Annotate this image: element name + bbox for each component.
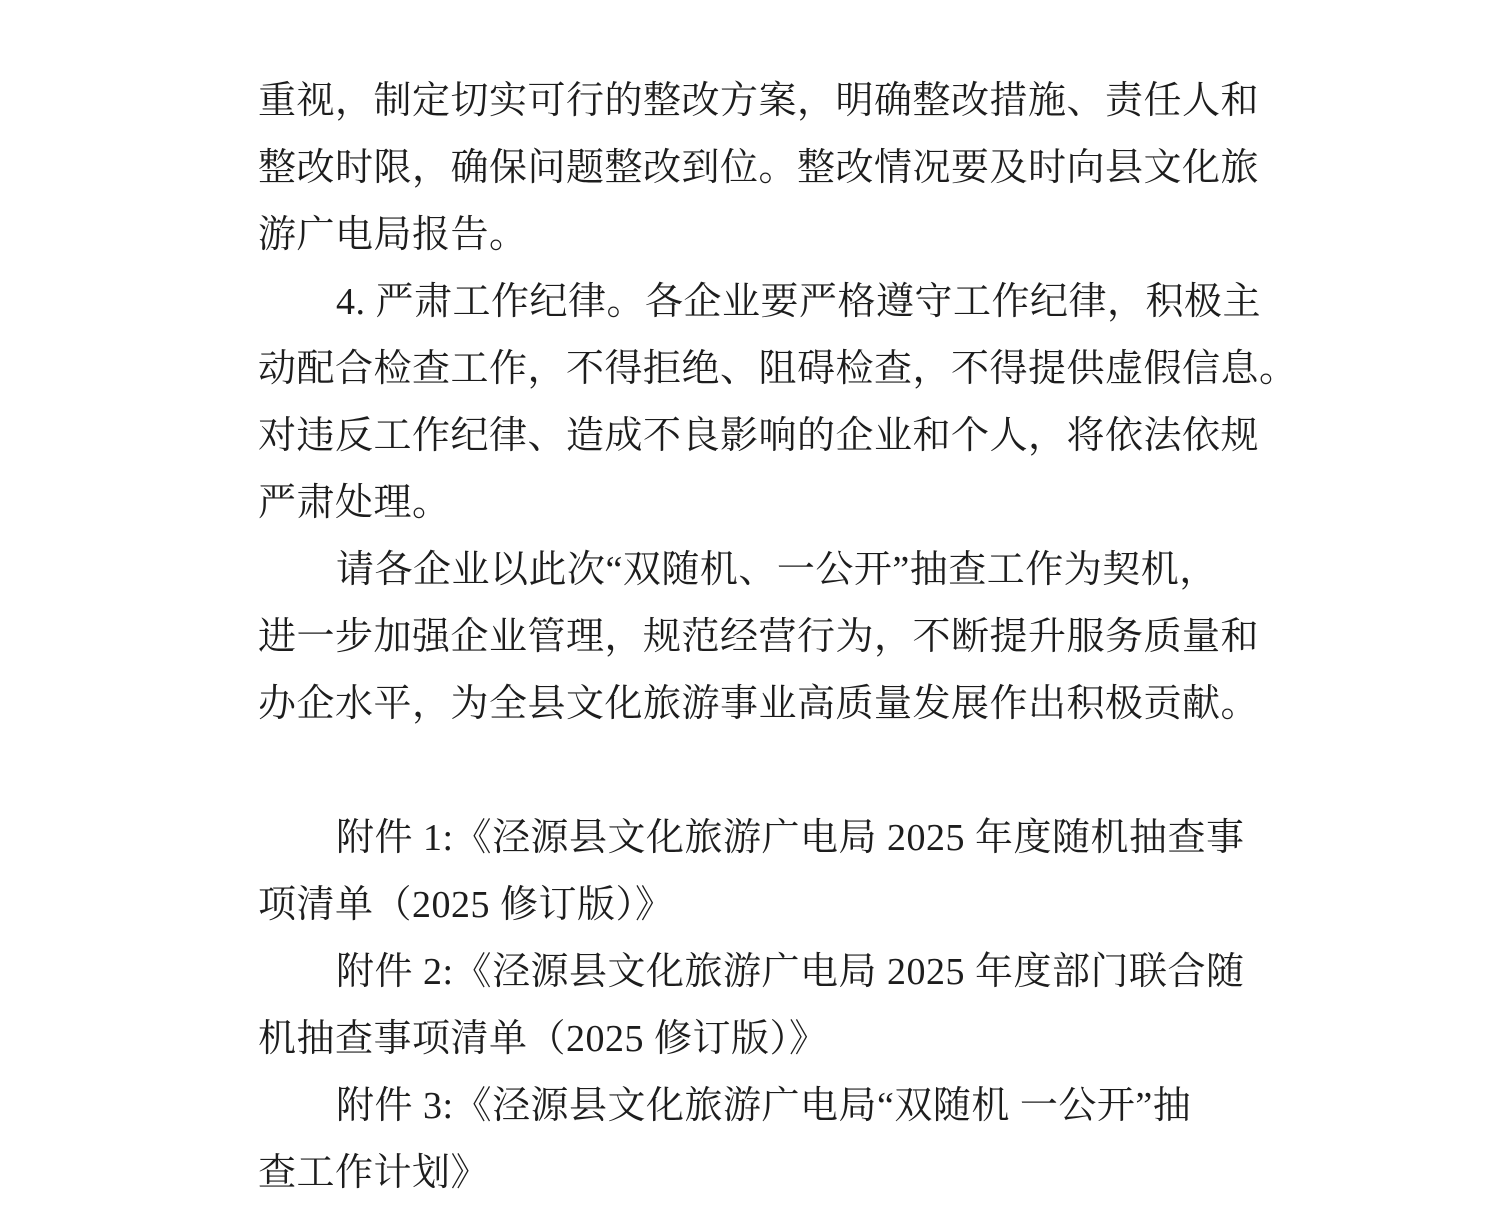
attachment-3-line: 附件 3:《泾源县文化旅游广电局“双随机 一公开”抽 <box>258 1073 1250 1140</box>
document-line-closing-paragraph-start: 请各企业以此次“双随机、一公开”抽查工作为契机， <box>258 537 1250 604</box>
document-line: 办企水平，为全县文化旅游事业高质量发展作出积极贡献。 <box>258 671 1250 738</box>
document-line: 进一步加强企业管理，规范经营行为，不断提升服务质量和 <box>258 604 1250 671</box>
attachment-3-line-continuation: 查工作计划》 <box>258 1140 1250 1207</box>
document-page: 重视，制定切实可行的整改方案，明确整改措施、责任人和 整改时限，确保问题整改到位… <box>0 0 1485 1217</box>
document-line: 动配合检查工作，不得拒绝、阻碍检查，不得提供虚假信息。 <box>258 336 1250 403</box>
document-line: 重视，制定切实可行的整改方案，明确整改措施、责任人和 <box>258 68 1250 135</box>
document-line: 游广电局报告。 <box>258 202 1250 269</box>
attachment-2-line: 附件 2:《泾源县文化旅游广电局 2025 年度部门联合随 <box>258 939 1250 1006</box>
attachment-1-line-continuation: 项清单（2025 修订版）》 <box>258 872 1250 939</box>
document-line: 严肃处理。 <box>258 470 1250 537</box>
blank-line <box>258 738 1250 805</box>
document-text-block: 重视，制定切实可行的整改方案，明确整改措施、责任人和 整改时限，确保问题整改到位… <box>258 68 1250 1207</box>
document-line-item-4-start: 4. 严肃工作纪律。各企业要严格遵守工作纪律，积极主 <box>258 269 1250 336</box>
document-line: 对违反工作纪律、造成不良影响的企业和个人，将依法依规 <box>258 403 1250 470</box>
attachment-2-line-continuation: 机抽查事项清单（2025 修订版）》 <box>258 1006 1250 1073</box>
document-line: 整改时限，确保问题整改到位。整改情况要及时向县文化旅 <box>258 135 1250 202</box>
attachment-1-line: 附件 1:《泾源县文化旅游广电局 2025 年度随机抽查事 <box>258 805 1250 872</box>
